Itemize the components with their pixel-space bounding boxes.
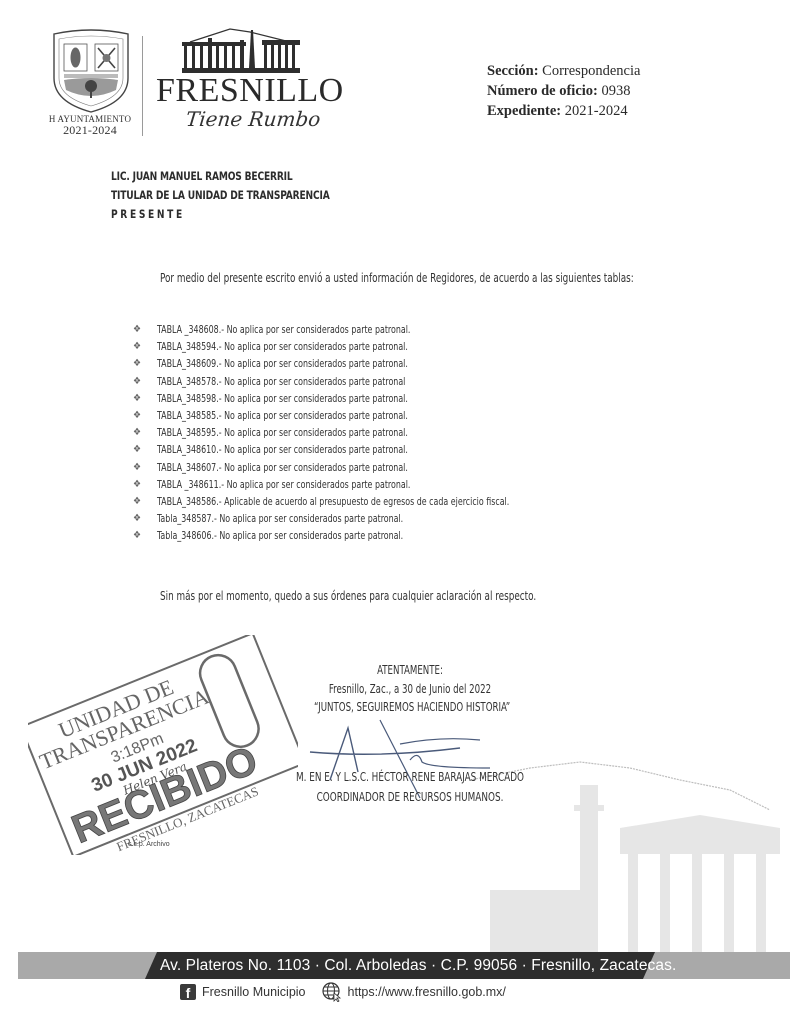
table-list-item: ❖TABLA_348598.- No aplica por ser consid… (133, 390, 597, 407)
table-entry-text: TABLA_348578.- No aplica por ser conside… (157, 373, 405, 390)
intro-paragraph: Por medio del presente escrito envió a u… (160, 271, 634, 285)
diamond-bullet-icon: ❖ (133, 355, 157, 372)
table-entry-text: TABLA_348585.- No aplica por ser conside… (157, 407, 408, 424)
addressee-title: TITULAR DE LA UNIDAD DE TRANSPARENCIA (111, 186, 330, 205)
diamond-bullet-icon: ❖ (133, 493, 157, 510)
addressee-block: LIC. JUAN MANUEL RAMOS BECERRIL TITULAR … (111, 167, 330, 224)
diamond-bullet-icon: ❖ (133, 527, 157, 544)
table-entry-text: TABLA_348609.- No aplica por ser conside… (157, 355, 408, 372)
place-date: Fresnillo, Zac., a 30 de Junio del 2022 (314, 680, 506, 699)
info-value: 2021-2024 (565, 103, 628, 119)
table-list-item: ❖TABLA_348609.- No aplica por ser consid… (133, 355, 597, 372)
addressee-name: LIC. JUAN MANUEL RAMOS BECERRIL (111, 167, 330, 186)
table-entry-text: TABLA_348610.- No aplica por ser conside… (157, 441, 408, 458)
table-list-item: ❖TABLA_348610.- No aplica por ser consid… (133, 441, 597, 458)
administration-years: 2021-2024 (40, 124, 140, 137)
info-office-number: Número de oficio: 0938 (487, 81, 640, 101)
info-label: Sección: (487, 63, 539, 79)
website-link[interactable]: https://www.fresnillo.gob.mx/ (348, 985, 506, 999)
table-list-item: ❖TABLA_348595.- No aplica por ser consid… (133, 424, 597, 441)
table-list-item: ❖TABLA _348608.- No aplica por ser consi… (133, 321, 597, 338)
addressee-salutation: PRESENTE (111, 205, 330, 224)
info-value: 0938 (602, 83, 631, 99)
diamond-bullet-icon: ❖ (133, 373, 157, 390)
table-entry-text: TABLA _348611.- No aplica por ser consid… (157, 476, 410, 493)
diamond-bullet-icon: ❖ (133, 390, 157, 407)
diamond-bullet-icon: ❖ (133, 407, 157, 424)
diamond-bullet-icon: ❖ (133, 510, 157, 527)
signer-name: M. EN E. Y L.S.C. HÉCTOR RENE BARAJAS ME… (295, 767, 525, 787)
diamond-bullet-icon: ❖ (133, 441, 157, 458)
table-list-item: ❖TABLA_348585.- No aplica por ser consid… (133, 407, 597, 424)
signer-title: COORDINADOR DE RECURSOS HUMANOS. (295, 787, 525, 807)
table-list-item: ❖TABLA_348586.- Aplicable de acuerdo al … (133, 493, 597, 510)
table-list-item: ❖TABLA_348607.- No aplica por ser consid… (133, 459, 597, 476)
tables-list: ❖TABLA _348608.- No aplica por ser consi… (133, 321, 597, 544)
closing-paragraph: Sin más por el momento, quedo a sus órde… (160, 589, 536, 603)
facebook-icon: f (180, 984, 196, 1000)
info-section: Sección: Correspondencia (487, 61, 640, 81)
fresnillo-skyline-logo (180, 26, 304, 74)
received-stamp: UNIDAD DE TRANSPARENCIA 3:18Pm 30 JUN 20… (28, 635, 298, 855)
signature-block: ATENTAMENTE: Fresnillo, Zac., a 30 de Ju… (290, 661, 530, 717)
table-list-item: ❖TABLA _348611.- No aplica por ser consi… (133, 476, 597, 493)
table-list-item: ❖Tabla_348606.- No aplica por ser consid… (133, 527, 597, 544)
table-entry-text: TABLA_348607.- No aplica por ser conside… (157, 459, 408, 476)
table-entry-text: TABLA_348595.- No aplica por ser conside… (157, 424, 408, 441)
diamond-bullet-icon: ❖ (133, 321, 157, 338)
table-entry-text: TABLA _348608.- No aplica por ser consid… (157, 321, 410, 338)
brand-slogan: Tiene Rumbo (185, 108, 322, 130)
table-entry-text: TABLA_348598.- No aplica por ser conside… (157, 390, 408, 407)
table-entry-text: Tabla_348606.- No aplica por ser conside… (157, 527, 403, 544)
table-entry-text: TABLA_348586.- Aplicable de acuerdo al p… (157, 493, 509, 510)
info-value: Correspondencia (542, 63, 640, 79)
diamond-bullet-icon: ❖ (133, 424, 157, 441)
table-list-item: ❖TABLA_348594.- No aplica por ser consid… (133, 338, 597, 355)
info-label: Expediente: (487, 103, 561, 119)
municipal-crest-logo (50, 28, 132, 114)
signer-block: M. EN E. Y L.S.C. HÉCTOR RENE BARAJAS ME… (270, 767, 550, 807)
table-entry-text: Tabla_348587.- No aplica por ser conside… (157, 510, 403, 527)
facebook-link[interactable]: Fresnillo Municipio (202, 985, 306, 999)
regards: ATENTAMENTE: (314, 661, 506, 680)
table-list-item: ❖TABLA_348578.- No aplica por ser consid… (133, 373, 597, 390)
cc-archive: c.c.p. Archivo (128, 841, 170, 848)
diamond-bullet-icon: ❖ (133, 459, 157, 476)
footer-links: f Fresnillo Municipio https://www.fresni… (180, 982, 506, 1002)
info-label: Número de oficio: (487, 83, 598, 99)
diamond-bullet-icon: ❖ (133, 476, 157, 493)
document-info: Sección: Correspondencia Número de ofici… (487, 61, 640, 121)
footer-address: Av. Plateros No. 1103 · Col. Arboledas ·… (160, 952, 660, 979)
globe-icon (322, 982, 342, 1002)
diamond-bullet-icon: ❖ (133, 338, 157, 355)
table-list-item: ❖Tabla_348587.- No aplica por ser consid… (133, 510, 597, 527)
table-entry-text: TABLA_348594.- No aplica por ser conside… (157, 338, 408, 355)
info-file: Expediente: 2021-2024 (487, 101, 640, 121)
crest-caption: H AYUNTAMIENTO 2021-2024 (40, 114, 140, 137)
header-divider (142, 36, 143, 136)
brand-name: FRESNILLO (156, 73, 344, 109)
